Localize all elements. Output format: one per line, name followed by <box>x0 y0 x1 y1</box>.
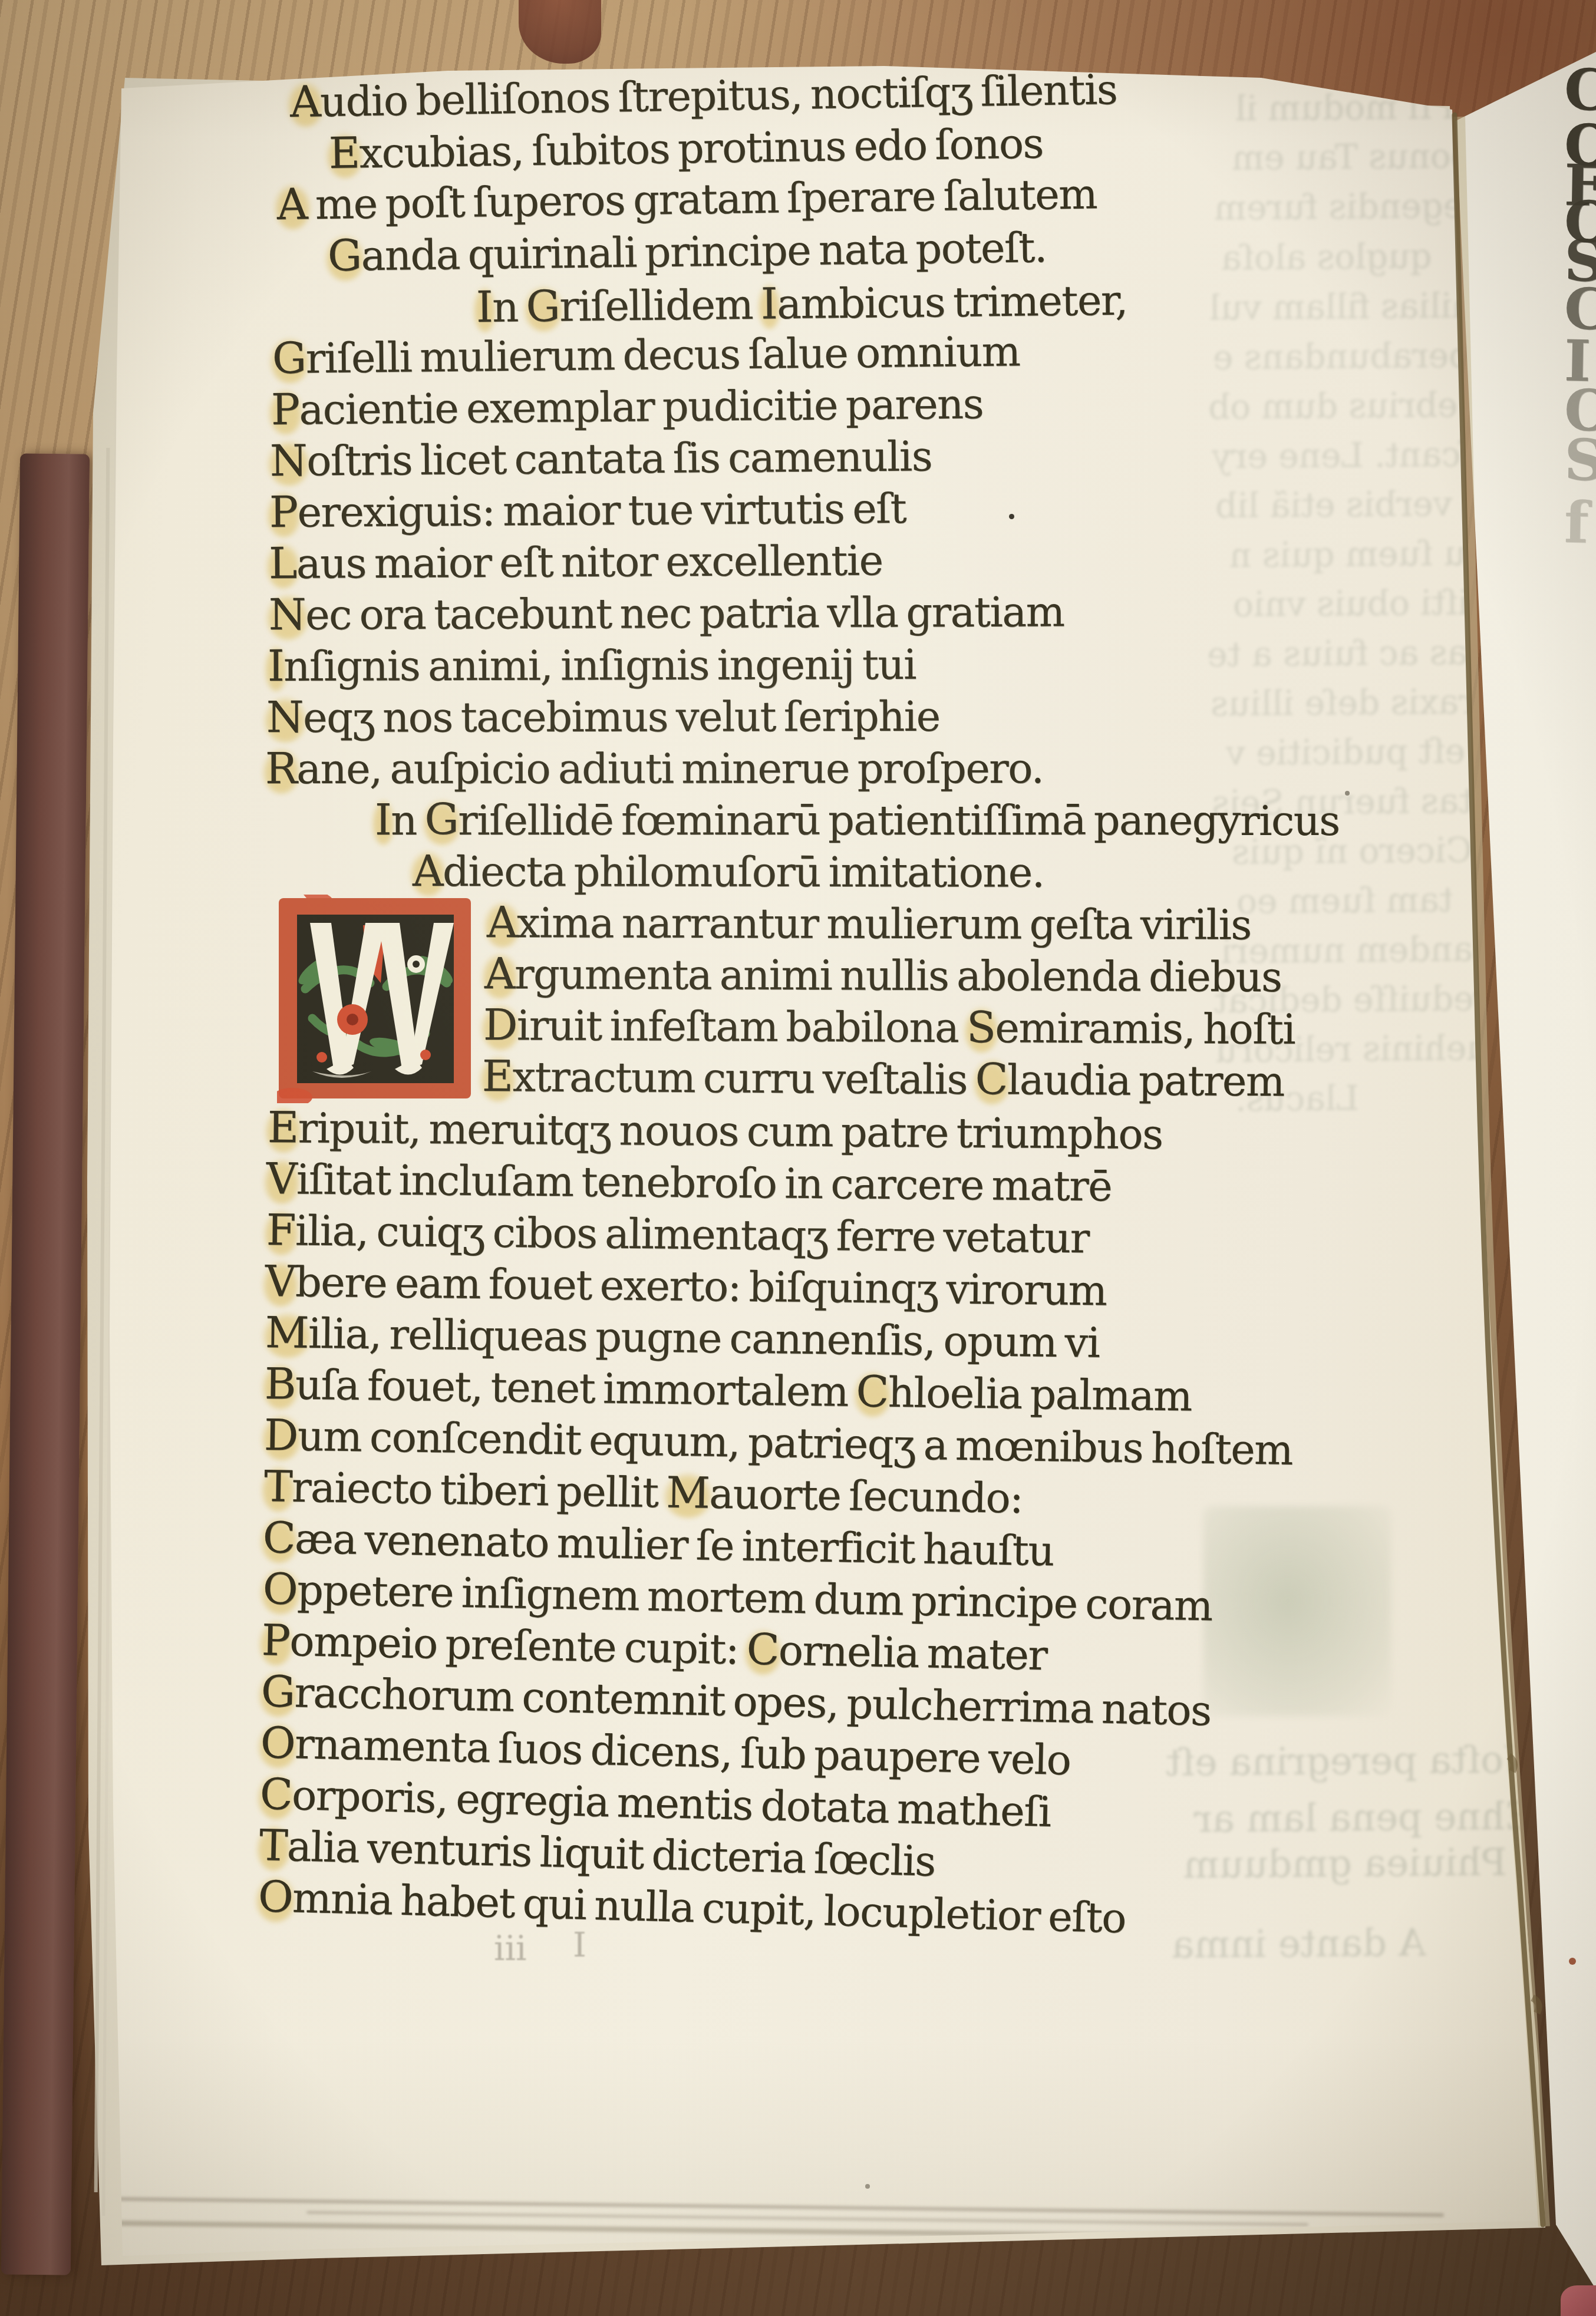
facing-page-capital: f <box>1564 489 1589 556</box>
facing-page-letters: COFOSCIOSf <box>0 0 1596 2316</box>
facing-page-capital: S <box>1564 426 1596 493</box>
book-photo: dulcis aiñ clamnam ſi modum ilbonus Tau … <box>0 0 1596 2316</box>
